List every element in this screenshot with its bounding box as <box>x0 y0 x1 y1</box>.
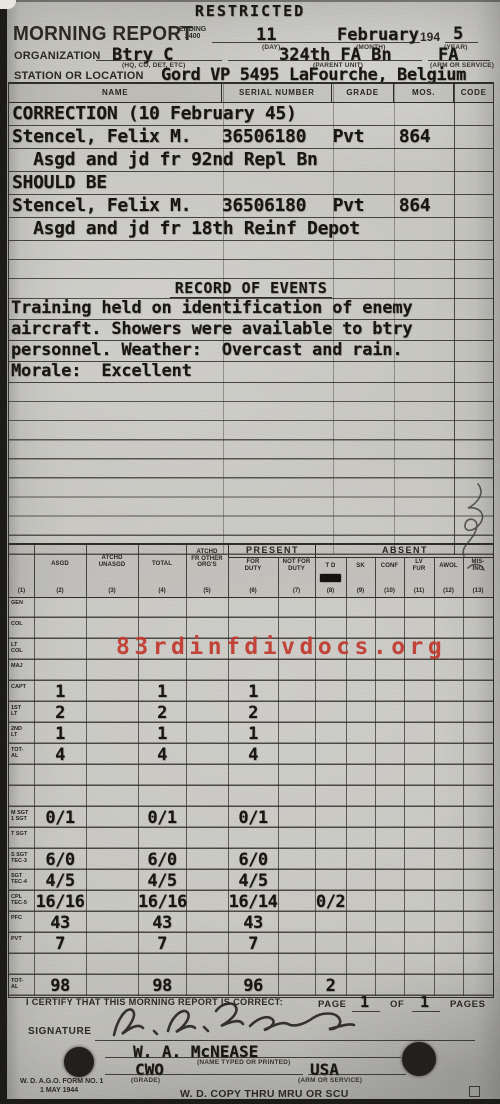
body-grid-line <box>463 597 464 996</box>
entry-mos <box>391 172 456 194</box>
entry-serial: 36506180 <box>216 126 327 148</box>
stats-row-label: LT COL <box>9 643 36 655</box>
scan-edge-top <box>0 0 500 2</box>
stats-col-header: LV FUR <box>404 559 434 572</box>
stats-row-label: TOT- AL <box>9 979 36 991</box>
stats-cell: 4/5 <box>228 871 278 891</box>
classification-banner: RESTRICTED <box>0 2 500 20</box>
stats-row-label: 2ND LT <box>9 727 36 739</box>
col-header-name: NAME <box>9 84 222 102</box>
stats-cell: 2 <box>34 703 86 723</box>
blacked-out-mark <box>320 574 341 582</box>
roster-row: Asgd and jd fr 92nd Repl Bn <box>9 149 493 172</box>
events-line: aircraft. Showers were available to btry <box>9 320 493 341</box>
stats-cell: 98 <box>34 976 86 996</box>
stats-cell: 43 <box>228 913 278 933</box>
stats-row-label: M SGT 1 SGT <box>9 811 36 823</box>
column-divider <box>223 82 224 555</box>
stats-col-header: SK <box>346 563 375 570</box>
blank-ruled-area <box>9 383 493 555</box>
stats-row-label: GEN <box>9 601 36 607</box>
events-line: Training held on identification of enemy <box>9 299 493 320</box>
col-header-code: CODE <box>454 84 493 102</box>
stats-col-header: ASGD <box>34 561 86 568</box>
stats-cell: 16/16 <box>34 892 86 912</box>
entry-name: Asgd and jd fr 18th Reinf Depot <box>9 218 226 240</box>
stats-col-header: T D <box>315 563 346 570</box>
events-text: aircraft. Showers were available to btry <box>9 320 493 339</box>
entry-serial <box>216 172 327 194</box>
stats-col-number: (1) <box>9 588 34 594</box>
stats-col-header: NOT FOR DUTY <box>278 559 315 572</box>
entry-name: Stencel, Felix M. <box>9 195 216 217</box>
stats-cell: 0/2 <box>315 892 346 912</box>
stats-cell: 0/1 <box>34 808 86 828</box>
stats-cell: 2 <box>228 703 278 723</box>
report-day: 11 <box>256 25 276 45</box>
stats-col-number: (2) <box>34 588 86 594</box>
ending-value: 2400 <box>179 33 206 40</box>
scan-edge-bottom <box>0 1099 500 1104</box>
entry-serial <box>226 149 333 171</box>
organization-label: ORGANIZATION <box>14 50 101 62</box>
entry-code <box>456 126 493 148</box>
stats-row-label: S SGT TEC-3 <box>9 853 36 865</box>
entry-mos: 864 <box>391 126 456 148</box>
stats-col-number: (8) <box>315 588 346 594</box>
stats-cell: 1 <box>34 682 86 702</box>
stats-row-label: CAPT <box>9 685 36 691</box>
entry-mos <box>394 218 457 240</box>
stats-cell: 7 <box>228 934 278 954</box>
roster-row: Asgd and jd fr 18th Reinf Depot <box>9 218 493 241</box>
stats-cell: 2 <box>315 976 346 996</box>
station-label: STATION OR LOCATION <box>14 70 144 82</box>
blank-ruled-row <box>9 241 493 260</box>
events-line: Morale: Excellent <box>9 362 493 383</box>
stats-cell: 4 <box>34 745 86 765</box>
signature-handwriting <box>92 995 392 1047</box>
stats-cell: 2 <box>138 703 186 723</box>
entry-name: CORRECTION (10 February 45) <box>9 103 226 125</box>
stats-row-label: PFC <box>9 916 36 922</box>
stats-col-number: (10) <box>375 588 404 594</box>
stats-cell: 4 <box>228 745 278 765</box>
entry-grade <box>333 103 395 125</box>
stats-cell: 1 <box>228 682 278 702</box>
ending-2400-label: ENDING 2400 <box>179 26 206 40</box>
entry-code <box>456 172 493 194</box>
stats-col-header: ATCHD FR OTHER ORG'S <box>186 549 228 569</box>
stats-cell: 96 <box>228 976 278 996</box>
stats-col-number: (5) <box>186 588 228 594</box>
stats-col-number: (12) <box>434 588 463 594</box>
entry-mos <box>394 103 457 125</box>
stats-cell: 1 <box>34 724 86 744</box>
form-date: 1 MAY 1944 <box>40 1087 78 1094</box>
roster-row: Stencel, Felix M. 36506180 Pvt 864 <box>9 126 493 149</box>
day-sublabel: (DAY) <box>262 44 280 51</box>
stats-row-label: T SGT <box>9 832 36 838</box>
strength-table: PRESENT ABSENT (1)ASGD(2)ATCHD UNASGD(3)… <box>8 543 494 998</box>
checkbox-mark <box>469 1086 480 1097</box>
entry-name: Asgd and jd fr 92nd Repl Bn <box>9 149 226 171</box>
stats-row-label: CPL TEC-5 <box>9 895 36 907</box>
stats-row-label: SGT TEC-4 <box>9 874 36 886</box>
morning-report-scan: RESTRICTED MORNING REPORT ENDING 2400 11… <box>0 0 500 1104</box>
col-header-grade: GRADE <box>332 84 394 102</box>
grade-sublabel: (GRADE) <box>131 1077 160 1084</box>
entry-grade <box>333 218 395 240</box>
roster-table: NAME SERIAL NUMBER GRADE MOS. CODE CORRE… <box>8 82 494 555</box>
roster-row: CORRECTION (10 February 45) <box>9 103 493 126</box>
entry-code <box>456 195 493 217</box>
body-grid-line <box>86 597 87 996</box>
column-divider <box>333 82 334 555</box>
entry-mos <box>394 149 457 171</box>
events-line: personnel. Weather: Overcast and rain. <box>9 341 493 362</box>
stats-cell: 4/5 <box>138 871 186 891</box>
stats-row-label: COL <box>9 622 36 628</box>
entry-grade <box>327 172 391 194</box>
stats-cell: 43 <box>34 913 86 933</box>
stats-col-number: (4) <box>138 588 186 594</box>
blank-ruled-row <box>9 260 493 279</box>
report-month: February <box>337 25 419 45</box>
pages-label: PAGES <box>450 999 486 1010</box>
stats-cell: 0/1 <box>138 808 186 828</box>
stats-cell: 43 <box>138 913 186 933</box>
stats-col-number: (11) <box>404 588 434 594</box>
col-header-serial: SERIAL NUMBER <box>222 84 332 102</box>
punch-hole-left <box>64 1047 94 1077</box>
entry-grade: Pvt <box>327 126 391 148</box>
roster-header-row: NAME SERIAL NUMBER GRADE MOS. CODE <box>9 82 493 103</box>
form-title: MORNING REPORT <box>13 23 193 46</box>
stats-cell: 7 <box>138 934 186 954</box>
stats-cell: 7 <box>34 934 86 954</box>
entry-name: SHOULD BE <box>9 172 216 194</box>
stats-col-number: (6) <box>228 588 278 594</box>
roster-row: Stencel, Felix M. 36506180 Pvt 864 <box>9 195 493 218</box>
stats-col-header: FOR DUTY <box>228 559 278 572</box>
name-sublabel: (NAME TYPED OR PRINTED) <box>197 1059 290 1066</box>
entry-mos: 864 <box>391 195 456 217</box>
events-text: personnel. Weather: Overcast and rain. <box>9 341 493 360</box>
stats-cell: 98 <box>138 976 186 996</box>
arm-sublabel2: (ARM OR SERVICE) <box>298 1077 362 1084</box>
stats-cell: 16/16 <box>138 892 186 912</box>
stats-row-label: MAJ <box>9 664 36 670</box>
stats-col-header: CONF <box>375 563 404 570</box>
column-divider <box>394 82 395 555</box>
signature-label: SIGNATURE <box>28 1026 92 1037</box>
stats-row-label: 1ST LT <box>9 706 36 718</box>
year-prefix: 194 <box>420 30 440 44</box>
stats-cell: 6/0 <box>138 850 186 870</box>
ending-label: ENDING <box>179 26 206 33</box>
stats-cell: 4/5 <box>34 871 86 891</box>
arm-underline2 <box>308 1074 406 1075</box>
stats-row-label: PVT <box>9 937 36 943</box>
grade-underline <box>105 1074 303 1075</box>
watermark: 83rdinfdivdocs.org <box>116 634 446 660</box>
scan-edge-left <box>0 0 7 1104</box>
stats-cell: 6/0 <box>34 850 86 870</box>
stats-cell: 1 <box>138 682 186 702</box>
stats-col-number: (13) <box>463 588 493 594</box>
stats-cell: 1 <box>138 724 186 744</box>
pages-underline <box>412 1011 440 1012</box>
entry-code <box>457 218 493 240</box>
stats-cell: 6/0 <box>228 850 278 870</box>
stats-cell: 0/1 <box>228 808 278 828</box>
entry-grade: Pvt <box>327 195 391 217</box>
group-header-present: PRESENT <box>228 545 316 558</box>
entry-serial <box>226 103 333 125</box>
stats-col-number: (7) <box>278 588 315 594</box>
events-text: Training held on identification of enemy <box>9 299 493 318</box>
stats-cell: 1 <box>228 724 278 744</box>
punch-hole-right <box>402 1042 436 1076</box>
stats-col-header: ATCHD UNASGD <box>86 555 138 568</box>
stats-cell: 4 <box>138 745 186 765</box>
pencil-scribble <box>448 480 498 580</box>
entry-code <box>457 149 493 171</box>
stats-col-header: TOTAL <box>138 561 186 568</box>
pages-total: 1 <box>420 993 429 1011</box>
entry-serial: 36506180 <box>216 195 327 217</box>
events-text: Morale: Excellent <box>9 362 493 381</box>
col-header-mos: MOS. <box>394 84 455 102</box>
record-of-events-heading: RECORD OF EVENTS <box>9 279 493 299</box>
entry-grade <box>333 149 395 171</box>
stats-col-number: (3) <box>86 588 138 594</box>
stats-col-number: (9) <box>346 588 375 594</box>
entry-serial <box>226 218 333 240</box>
stats-cell: 16/14 <box>228 892 278 912</box>
of-label: OF <box>390 999 404 1010</box>
record-of-events-title: RECORD OF EVENTS <box>170 279 333 298</box>
entry-code <box>457 103 493 125</box>
roster-row: SHOULD BE <box>9 172 493 195</box>
entry-name: Stencel, Felix M. <box>9 126 216 148</box>
form-number: W. D. A.G.O. FORM NO. 1 <box>20 1078 103 1085</box>
stats-row-label: TOT- AL <box>9 748 36 760</box>
